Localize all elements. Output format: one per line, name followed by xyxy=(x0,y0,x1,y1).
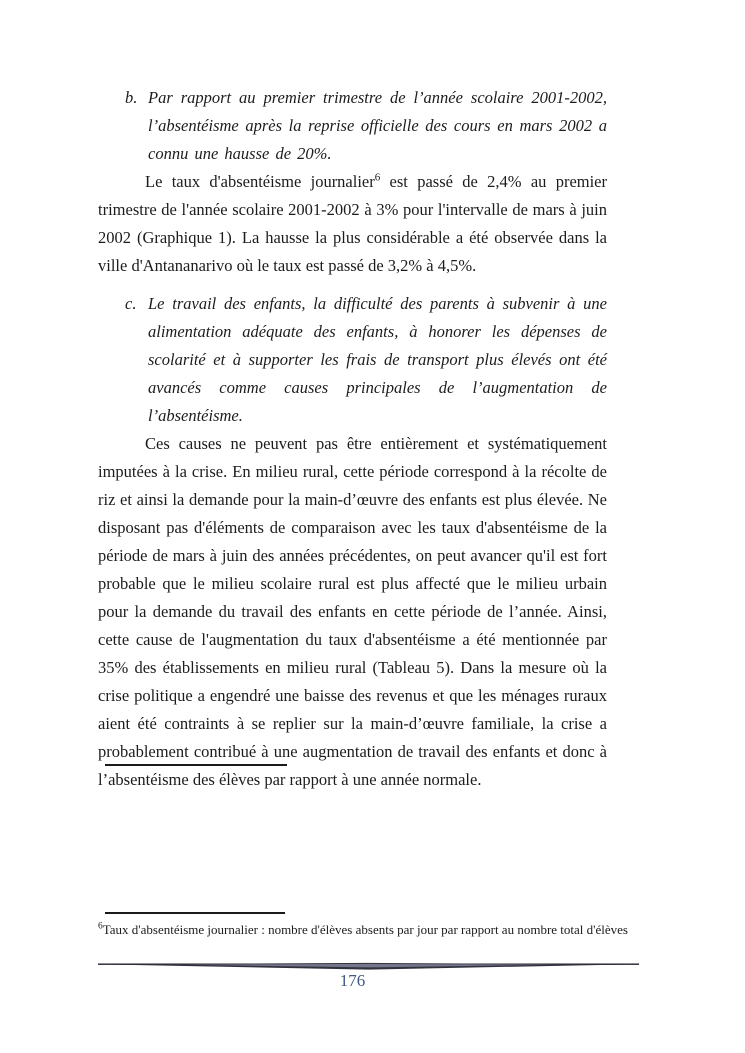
footnote: 6Taux d'absentéisme journalier : nombre … xyxy=(98,921,698,938)
footnote-section: 6Taux d'absentéisme journalier : nombre … xyxy=(98,912,698,938)
paragraph-text-before-footnote-ref: Le taux d'absentéisme journalier xyxy=(145,172,375,191)
list-item-b-label: b. xyxy=(125,84,137,112)
paragraph-causes: Ces causes ne peuvent pas être entièreme… xyxy=(98,430,607,794)
list-item-c: c.Le travail des enfants, la difficulté … xyxy=(148,290,607,430)
footer-decorative-rule xyxy=(96,962,641,971)
footnote-text: Taux d'absentéisme journalier : nombre d… xyxy=(103,922,628,937)
list-item-b-text: Par rapport au premier trimestre de l’an… xyxy=(148,88,607,163)
footnote-separator-rule xyxy=(105,912,285,914)
page-number: 176 xyxy=(98,971,607,991)
list-item-c-label: c. xyxy=(125,290,136,318)
page-body: b.Par rapport au premier trimestre de l’… xyxy=(98,84,607,794)
separator-rule xyxy=(105,764,287,766)
list-item-b: b.Par rapport au premier trimestre de l’… xyxy=(148,84,607,168)
paragraph-absenteeism-rate: Le taux d'absentéisme journalier6 est pa… xyxy=(98,168,607,280)
list-item-c-text: Le travail des enfants, la difficulté de… xyxy=(148,294,607,425)
